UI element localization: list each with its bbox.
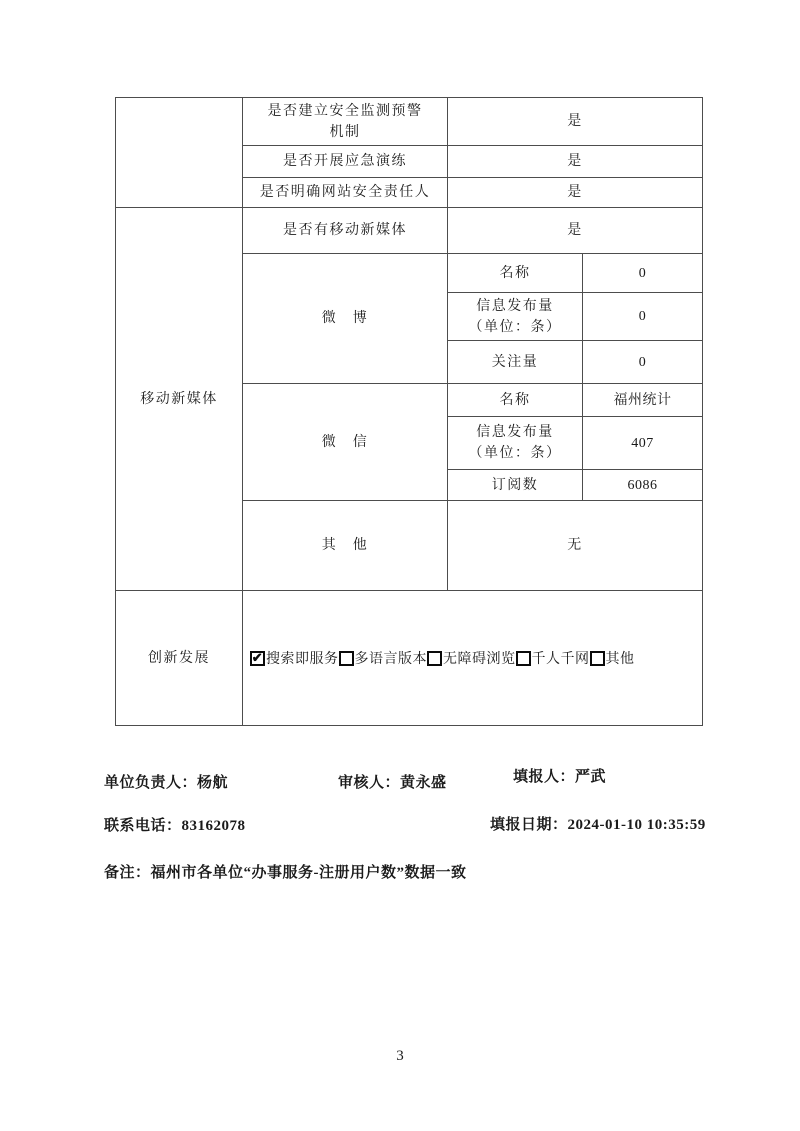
unit-head-value: 杨航: [197, 775, 228, 791]
checkbox-other[interactable]: 其他: [590, 648, 635, 668]
metric-value-cell: 0: [583, 254, 702, 292]
question-cell: 其 他: [243, 501, 448, 590]
section-label-cell: [116, 98, 243, 207]
reviewer-line: 审核人：黄永盛: [338, 771, 447, 792]
metric-label-cell: 信息发布量 （单位：条）: [448, 417, 583, 469]
filler-label: 填报人：: [513, 769, 575, 785]
checkbox-unchecked-icon: [590, 651, 605, 666]
page-number: 3: [0, 1048, 800, 1065]
group-name-cell: 微 博: [243, 254, 448, 383]
wechat-group-row: 微 信 名称 福州统计 信息发布量 （单位：条） 407 订阅数 6086: [243, 384, 702, 501]
group-name-cell: 微 信: [243, 384, 448, 500]
reviewer-label: 审核人：: [338, 775, 400, 791]
section-security: 是否建立安全监测预警 机制 是 是否开展应急演练 是 是否明确网站安全责任人 是: [116, 98, 702, 208]
checkbox-multilingual[interactable]: 多语言版本: [339, 648, 428, 668]
metric-label-cell: 关注量: [448, 341, 583, 383]
table-row: 是否明确网站安全责任人 是: [243, 178, 702, 207]
table-row: 关注量 0: [448, 341, 702, 383]
section-label-cell: 创新发展: [116, 591, 243, 725]
unit-head-line: 单位负责人：杨航: [104, 771, 228, 792]
table-row: 名称 福州统计: [448, 384, 702, 417]
checkbox-label: 多语言版本: [355, 648, 428, 668]
checkbox-label: 搜索即服务: [266, 648, 339, 668]
checkbox-label: 千人千网: [532, 648, 590, 668]
checkbox-search-service[interactable]: 搜索即服务: [250, 648, 339, 668]
table-row: 信息发布量 （单位：条） 0: [448, 293, 702, 341]
question-cell: 是否明确网站安全责任人: [243, 178, 448, 207]
phone-value: 83162078: [182, 818, 246, 834]
answer-cell: 是: [448, 146, 702, 177]
metric-value-cell: 福州统计: [583, 384, 702, 416]
table-row: 信息发布量 （单位：条） 407: [448, 417, 702, 470]
answer-cell: 是: [448, 178, 702, 207]
metric-label-cell: 名称: [448, 254, 583, 292]
table-row: 是否建立安全监测预警 机制 是: [243, 98, 702, 146]
metric-label-cell: 名称: [448, 384, 583, 416]
report-date-value: 2024-01-10 10:35:59: [568, 817, 706, 833]
report-date-label: 填报日期：: [490, 817, 568, 833]
unit-head-label: 单位负责人：: [104, 775, 197, 791]
answer-cell: 是: [448, 208, 702, 253]
phone-line: 联系电话：83162078: [104, 814, 246, 835]
report-date-line: 填报日期：2024-01-10 10:35:59: [490, 813, 706, 834]
metric-value-cell: 0: [583, 293, 702, 340]
checkbox-unchecked-icon: [339, 651, 354, 666]
table-row: 订阅数 6086: [448, 470, 702, 500]
answer-cell: 无: [448, 501, 702, 590]
metric-label-cell: 信息发布量 （单位：条）: [448, 293, 583, 340]
phone-label: 联系电话：: [104, 818, 182, 834]
filler-line: 填报人：严武: [513, 765, 606, 786]
table-row: 是否有移动新媒体 是: [243, 208, 702, 254]
metric-value-cell: 6086: [583, 470, 702, 500]
table-row: 名称 0: [448, 254, 702, 293]
checkbox-label: 其他: [606, 648, 635, 668]
question-cell: 是否有移动新媒体: [243, 208, 448, 253]
reviewer-value: 黄永盛: [400, 775, 447, 791]
checkbox-personalized[interactable]: 千人千网: [516, 648, 590, 668]
report-table: 是否建立安全监测预警 机制 是 是否开展应急演练 是 是否明确网站安全责任人 是…: [115, 97, 703, 726]
metric-value-cell: 0: [583, 341, 702, 383]
section-innovation: 创新发展 搜索即服务 多语言版本 无障碍浏览 千人千网 其他: [116, 591, 702, 725]
table-row: 其 他 无: [243, 501, 702, 590]
metric-label-cell: 订阅数: [448, 470, 583, 500]
section-mobile-media: 移动新媒体 是否有移动新媒体 是 微 博 名称 0 信息发布量 （单位：条） 0: [116, 208, 702, 591]
checkbox-accessibility[interactable]: 无障碍浏览: [427, 648, 516, 668]
remark-line: 备注：福州市各单位“办事服务-注册用户数”数据一致: [104, 861, 467, 882]
metric-value-cell: 407: [583, 417, 702, 469]
table-row: 是否开展应急演练 是: [243, 146, 702, 178]
section-label-cell: 移动新媒体: [116, 208, 243, 590]
remark-text: 福州市各单位“办事服务-注册用户数”数据一致: [151, 865, 467, 881]
checkbox-label: 无障碍浏览: [443, 648, 516, 668]
filler-value: 严武: [575, 769, 606, 785]
checkbox-unchecked-icon: [427, 651, 442, 666]
question-cell: 是否建立安全监测预警 机制: [243, 98, 448, 145]
weibo-group-row: 微 博 名称 0 信息发布量 （单位：条） 0 关注量 0: [243, 254, 702, 384]
question-cell: 是否开展应急演练: [243, 146, 448, 177]
answer-cell: 是: [448, 98, 702, 145]
checkbox-checked-icon: [250, 651, 265, 666]
innovation-options: 搜索即服务 多语言版本 无障碍浏览 千人千网 其他: [243, 591, 702, 725]
remark-label: 备注：: [104, 865, 151, 881]
checkbox-unchecked-icon: [516, 651, 531, 666]
